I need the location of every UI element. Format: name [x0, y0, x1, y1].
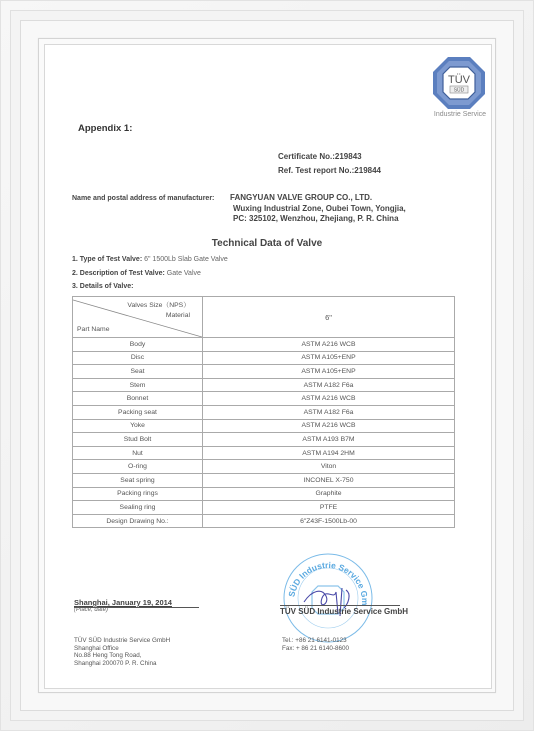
part-name-cell: Stem [73, 378, 203, 392]
table-row: StemASTM A182 F6a [73, 378, 455, 392]
signature-line [280, 605, 400, 606]
address-line: Shanghai 200070 P. R. China [74, 660, 170, 668]
spec-label: 2. Description of Test Valve: [72, 270, 165, 277]
table-row: YokeASTM A216 WCB [73, 419, 455, 433]
part-name-cell: Packing rings [73, 487, 203, 501]
table-row: DiscASTM A105+ENP [73, 351, 455, 365]
header-material-label: Material [166, 312, 190, 319]
spec-type: 1. Type of Test Valve: 6" 1500Lb Slab Ga… [72, 256, 228, 263]
material-cell: ASTM A182 F6a [203, 378, 455, 392]
part-name-cell: O-ring [73, 460, 203, 474]
table-row: Packing seatASTM A182 F6a [73, 405, 455, 419]
material-cell: ASTM A216 WCB [203, 419, 455, 433]
material-cell: Graphite [203, 487, 455, 501]
spec-value: 6" 1500Lb Slab Gate Valve [142, 256, 228, 263]
table-row: Design Drawing No.:6"Z43F-1500Lb-00 [73, 514, 455, 528]
material-cell: Viton [203, 460, 455, 474]
logo-caption: Industrie Service [420, 111, 500, 118]
material-cell: PTFE [203, 501, 455, 515]
material-cell: ASTM A216 WCB [203, 392, 455, 406]
signatory-name: TÜV SÜD Industrie Service GmbH [280, 607, 408, 616]
spec-value: Gate Valve [165, 270, 201, 277]
svg-text:TÜV SÜD Industrie Service GmbH: TÜV SÜD Industrie Service GmbH [282, 552, 370, 606]
header-size-label: Valves Size（NPS） [127, 299, 190, 309]
certificate-number: Certificate No.:219843 [278, 150, 381, 164]
table-row: Packing ringsGraphite [73, 487, 455, 501]
material-cell: ASTM A182 F6a [203, 405, 455, 419]
technical-data-table: Valves Size（NPS） Material Part Name 6" B… [72, 296, 455, 528]
office-address: TÜV SÜD Industrie Service GmbH Shanghai … [74, 637, 170, 667]
spec-label: 3. Details of Valve: [72, 283, 133, 290]
table-row: Sealing ringPTFE [73, 501, 455, 515]
header-diagonal-cell: Valves Size（NPS） Material Part Name [73, 297, 203, 338]
table-row: Stud BoltASTM A193 B7M [73, 433, 455, 447]
manufacturer-address-line: Wuxing Industrial Zone, Oubei Town, Yong… [230, 204, 406, 215]
telephone: Tel.: +86 21 6141-0123 [282, 637, 349, 645]
table-row: SeatASTM A105+ENP [73, 365, 455, 379]
contact-info: Tel.: +86 21 6141-0123 Fax: + 86 21 6140… [282, 637, 349, 652]
fax: Fax: + 86 21 6140-8600 [282, 645, 349, 653]
material-cell: ASTM A105+ENP [203, 351, 455, 365]
material-cell: ASTM A193 B7M [203, 433, 455, 447]
place-date-caption: (Place, date) [74, 607, 108, 613]
tuv-sud-logo-icon: TÜV SÜD [432, 56, 486, 110]
address-line: Shanghai Office [74, 645, 170, 653]
spec-details: 3. Details of Valve: [72, 283, 133, 290]
material-cell: ASTM A194 2HM [203, 446, 455, 460]
spec-description: 2. Description of Test Valve: Gate Valve [72, 270, 201, 277]
material-cell: ASTM A216 WCB [203, 338, 455, 352]
svg-text:SÜD: SÜD [454, 87, 465, 94]
material-cell: ASTM A105+ENP [203, 365, 455, 379]
spec-label: 1. Type of Test Valve: [72, 256, 142, 263]
manufacturer-name: FANGYUAN VALVE GROUP CO., LTD. [230, 193, 406, 204]
address-line: TÜV SÜD Industrie Service GmbH [74, 637, 170, 645]
part-name-cell: Disc [73, 351, 203, 365]
table-row: O-ringViton [73, 460, 455, 474]
material-cell: 6"Z43F-1500Lb-00 [203, 514, 455, 528]
header-size-value: 6" [203, 297, 455, 338]
appendix-heading: Appendix 1: [78, 123, 132, 134]
part-name-cell: Design Drawing No.: [73, 514, 203, 528]
table-row: BodyASTM A216 WCB [73, 338, 455, 352]
svg-text:TÜV: TÜV [448, 74, 471, 86]
table-row: Seat springINCONEL X-750 [73, 473, 455, 487]
table-header-row: Valves Size（NPS） Material Part Name 6" [73, 297, 455, 338]
material-cell: INCONEL X-750 [203, 473, 455, 487]
part-name-cell: Seat spring [73, 473, 203, 487]
certificate-numbers: Certificate No.:219843 Ref. Test report … [278, 150, 381, 178]
header-part-label: Part Name [77, 326, 109, 333]
manufacturer-address: FANGYUAN VALVE GROUP CO., LTD. Wuxing In… [230, 193, 406, 225]
part-name-cell: Stud Bolt [73, 433, 203, 447]
part-name-cell: Seat [73, 365, 203, 379]
part-name-cell: Yoke [73, 419, 203, 433]
part-name-cell: Packing seat [73, 405, 203, 419]
part-name-cell: Body [73, 338, 203, 352]
manufacturer-address-line: PC: 325102, Wenzhou, Zhejiang, P. R. Chi… [230, 214, 406, 225]
part-name-cell: Bonnet [73, 392, 203, 406]
document-title: Technical Data of Valve [0, 238, 534, 249]
tuv-stamp-icon: TÜV SÜD Industrie Service GmbH [282, 552, 374, 644]
part-name-cell: Sealing ring [73, 501, 203, 515]
address-line: No.88 Heng Tong Road, [74, 652, 170, 660]
ref-test-report-number: Ref. Test report No.:219844 [278, 164, 381, 178]
table-row: NutASTM A194 2HM [73, 446, 455, 460]
part-name-cell: Nut [73, 446, 203, 460]
manufacturer-label: Name and postal address of manufacturer: [72, 195, 214, 202]
table-row: BonnetASTM A216 WCB [73, 392, 455, 406]
